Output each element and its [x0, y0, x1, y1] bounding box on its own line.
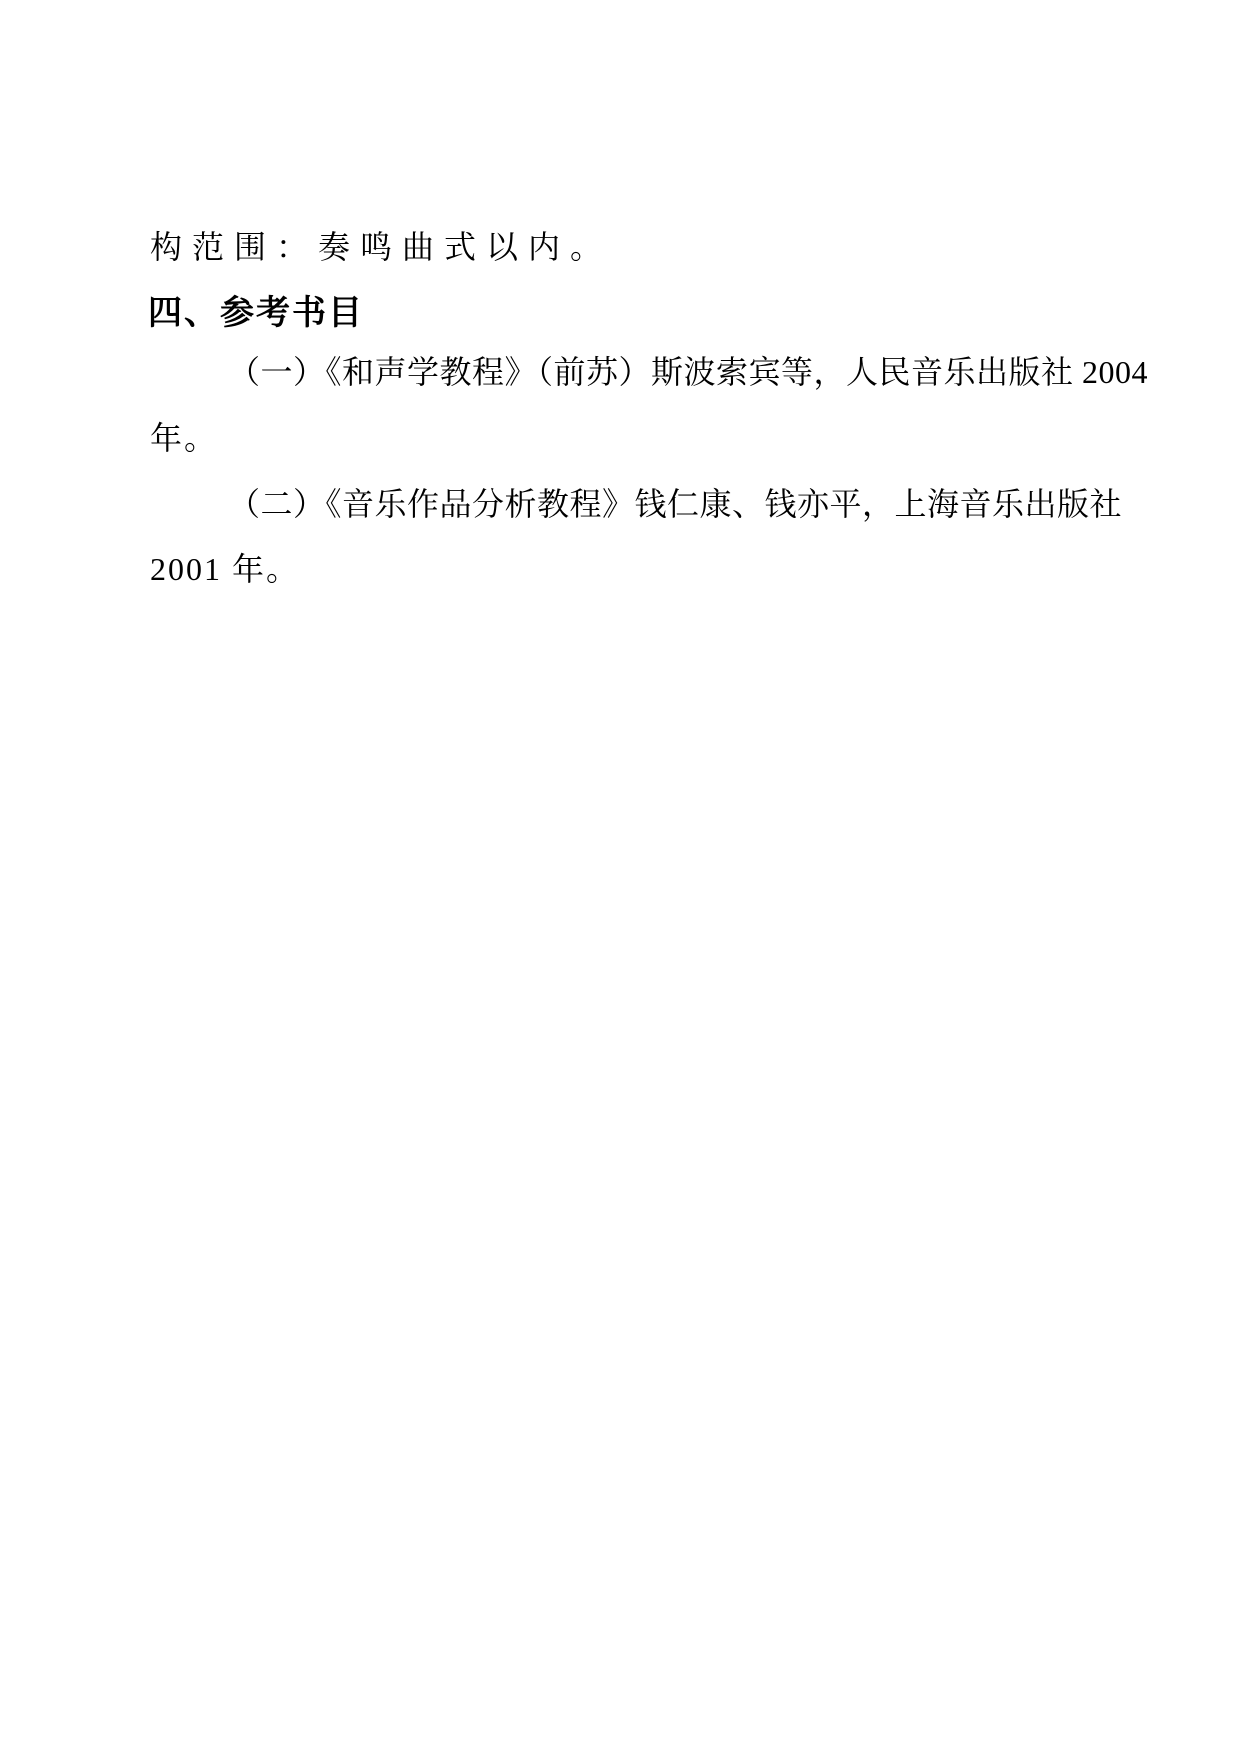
paragraph-continuation-line: 构范围：奏鸣曲式以内。 — [150, 231, 612, 265]
reference-1-line-1: （一）《和声学教程》（前苏）斯波索宾等，人民音乐出版社 2004 — [228, 356, 1148, 390]
section-heading-references: 四、参考书目 — [148, 296, 364, 332]
reference-2-line-2: 2001 年。 — [150, 553, 300, 587]
reference-1-line-2: 年。 — [150, 422, 218, 456]
reference-2-line-1: （二）《音乐作品分析教程》钱仁康、钱亦平，上海音乐出版社 — [228, 488, 1122, 522]
document-page: 构范围：奏鸣曲式以内。 四、参考书目 （一）《和声学教程》（前苏）斯波索宾等，人… — [0, 0, 1240, 1754]
